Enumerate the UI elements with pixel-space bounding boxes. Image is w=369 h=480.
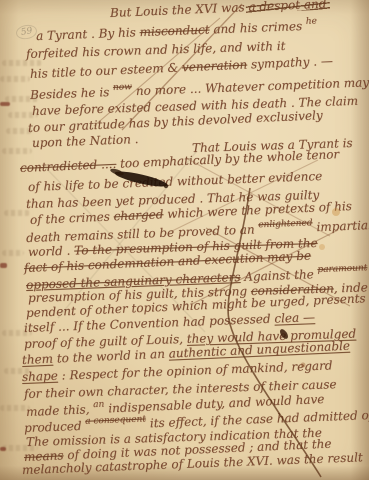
manuscript-page: 59 But Louis the XVI was a despot anda T… xyxy=(0,0,369,480)
text-segment: a Tyrant . By his xyxy=(36,25,140,43)
text-segment: contradicted .... xyxy=(20,157,117,175)
text-segment: a consequent xyxy=(85,414,146,426)
text-segment: a despot and xyxy=(248,0,327,14)
text-segment: paramount xyxy=(317,263,367,275)
text-segment: Besides he is xyxy=(30,85,114,102)
text-segment: enlightened xyxy=(258,218,313,230)
text-segment: he xyxy=(306,16,317,26)
text-segment: impartial xyxy=(312,218,369,234)
text-segment: charged xyxy=(113,207,163,223)
text-segment: clea — xyxy=(274,310,315,326)
text-segment: of the crimes xyxy=(30,209,114,227)
text-segment: shape xyxy=(22,369,58,384)
text-segment: veneration xyxy=(182,58,248,75)
text-segment: But Louis the XVI was xyxy=(110,0,249,20)
manuscript-text: But Louis the XVI was a despot anda Tyra… xyxy=(0,0,369,480)
text-segment: now xyxy=(113,82,132,93)
manuscript-line: upon the Nation . xyxy=(32,132,139,150)
text-segment: misconduct xyxy=(139,22,209,39)
text-segment: them xyxy=(22,352,54,367)
text-segment: world . xyxy=(28,244,75,259)
text-segment: sympathy . — xyxy=(247,54,333,72)
text-segment: and his crimes xyxy=(209,19,306,37)
text-segment: his title to our esteem & xyxy=(30,60,183,81)
text-segment: upon the Nation . xyxy=(32,132,139,150)
